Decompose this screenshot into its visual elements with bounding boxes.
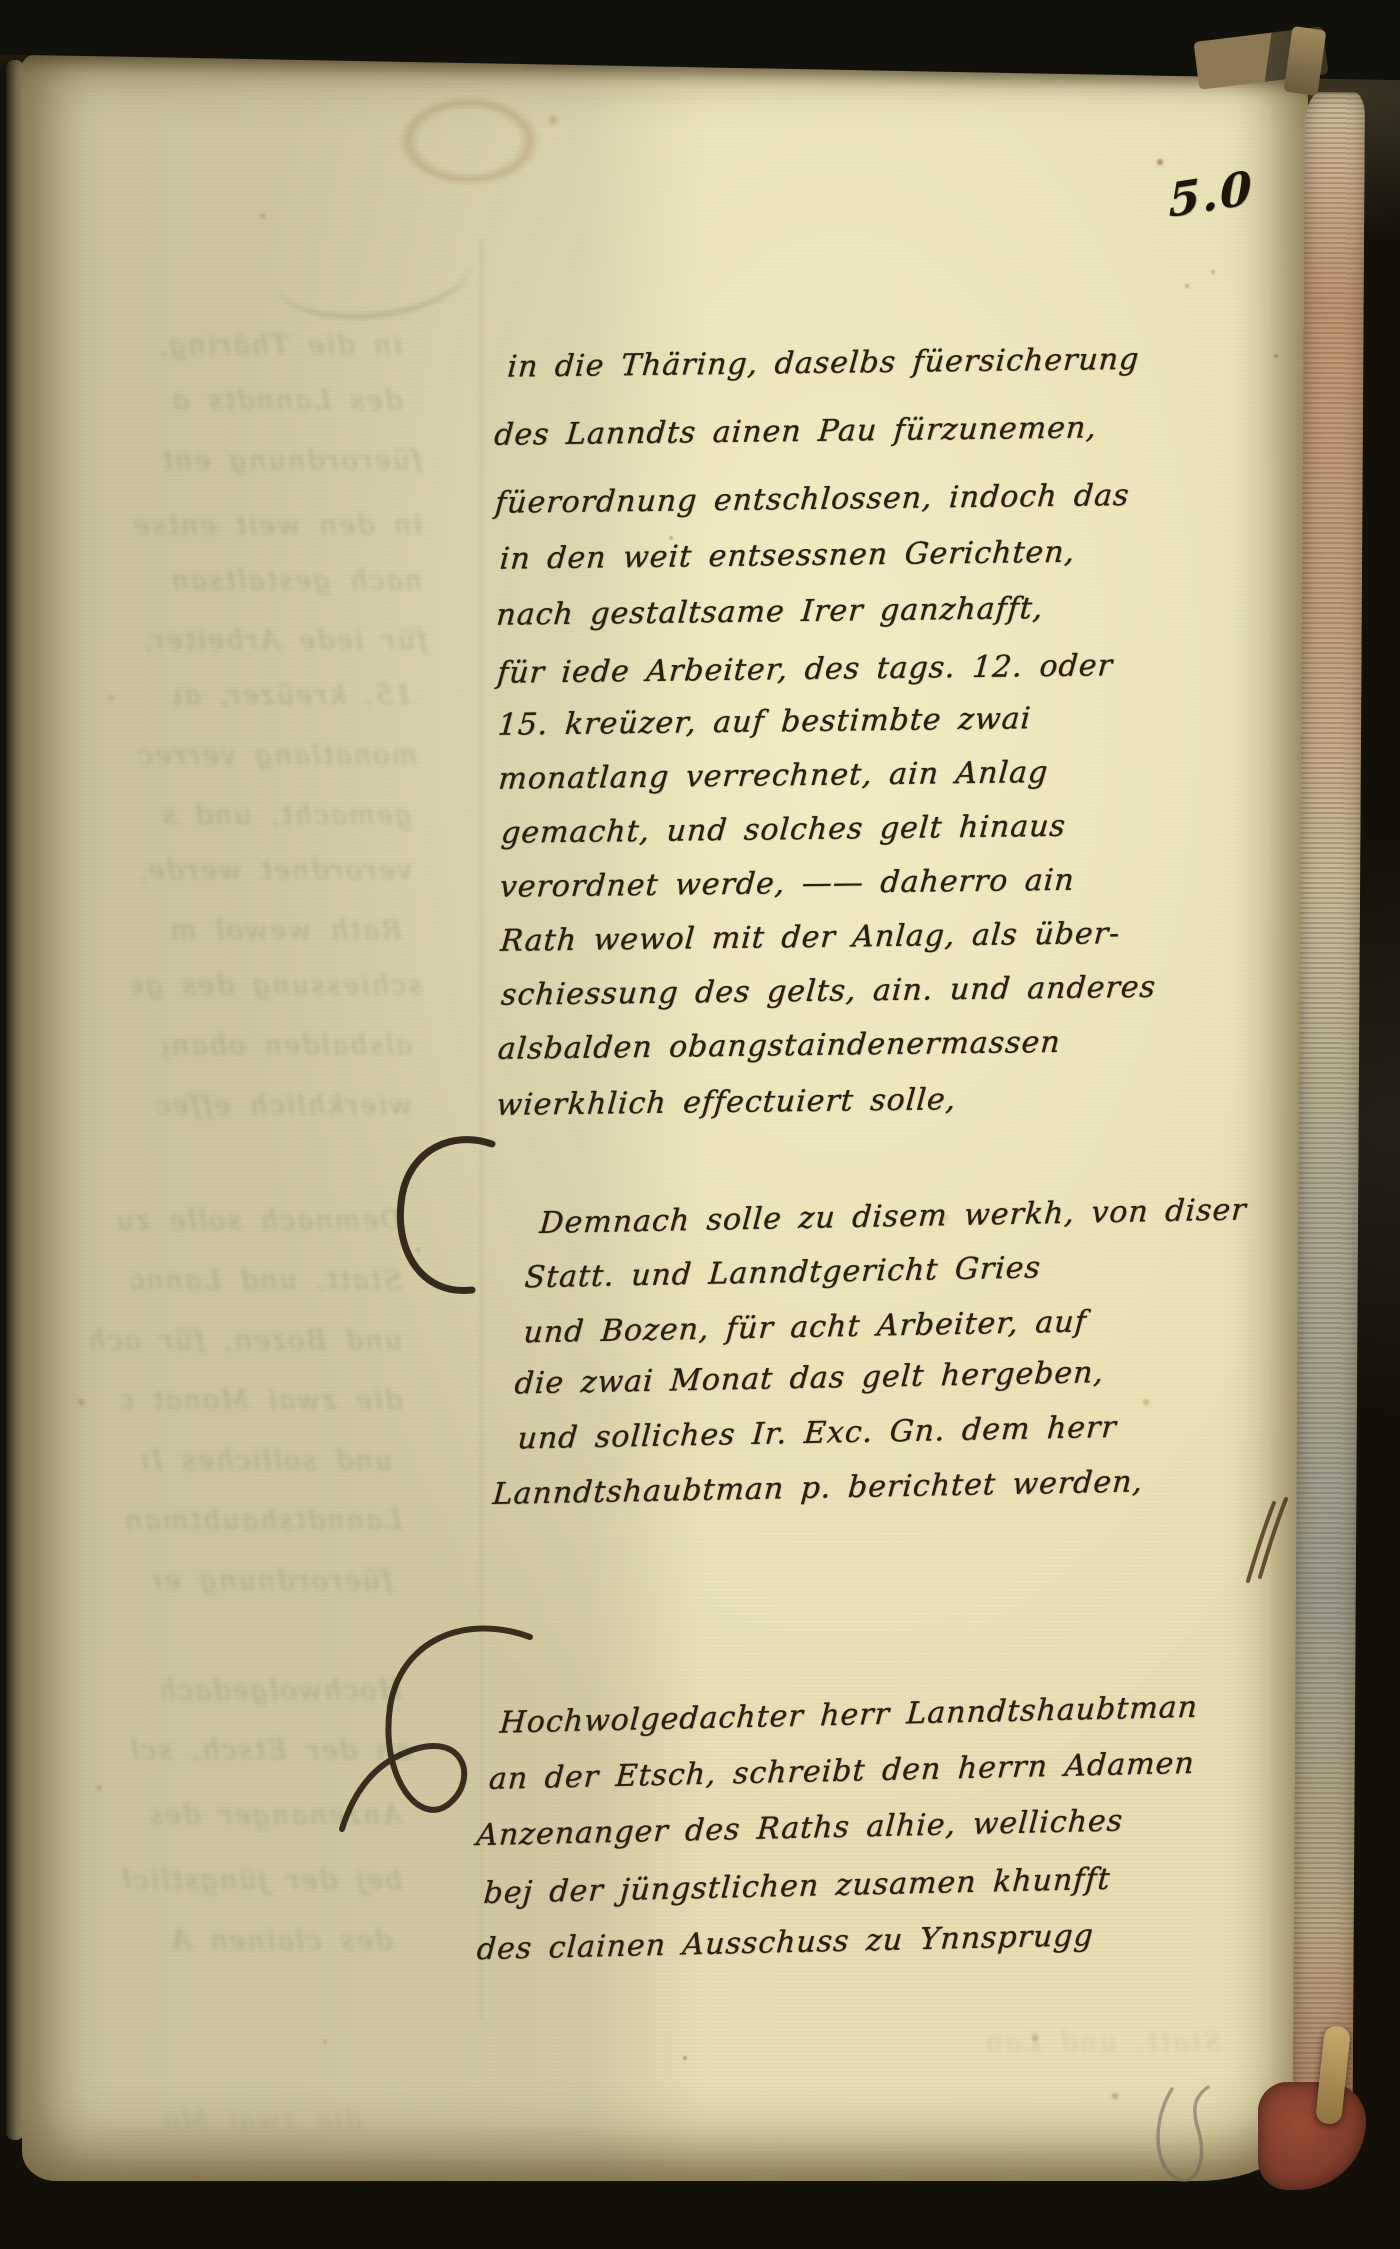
text-line: Lanndtshaubtman p. berichtet werden,: [492, 1464, 1145, 1512]
text-line: Anzenanger des Raths alhie, welliches: [475, 1803, 1124, 1853]
bleed-through-line: gemacht, und solches gelt hinaus: [162, 800, 412, 831]
bleed-through-line: Lanndtshaubtman p. berichtet werden,: [112, 1505, 402, 1536]
bleed-through-line: die zwai Monat das gelt hergeben,: [122, 1385, 402, 1416]
bleed-through-line: monatlang verrechnet, ain Anlag: [137, 740, 417, 771]
text-line: des Lanndts ainen Pau fürzunemen,: [493, 410, 1098, 452]
text-line: bej der jüngstlichen zusamen khunfft: [483, 1862, 1112, 1911]
text-line: verordnet werde, —— daherro ain: [499, 863, 1076, 905]
text-line: und Bozen, für acht Arbeiter, auf: [522, 1304, 1087, 1350]
bleed-through-line: Statt. und Lanndtgericht Gries: [132, 1265, 402, 1296]
bleed-through-line: Demnach solle zu disem werkh, von diser: [102, 1205, 402, 1236]
paragraph-3: Hochwolgedachter herr Lanndtshaubtman an…: [487, 1658, 1274, 1976]
bleed-through-line: füerordnung entschlossen, indoch das: [152, 1565, 392, 1596]
manuscript-page: in die Thäring, daselbs füersicherung de…: [22, 55, 1308, 2181]
bleed-through-line: schiessung des gelts, ain. und anderes: [132, 970, 422, 1001]
text-line: für iede Arbeiter, des tags. 12. oder: [496, 648, 1114, 691]
bleed-through-flourish: [268, 213, 477, 328]
pencil-mark: [1150, 2081, 1240, 2193]
bleed-through-line: nach gestaltsame Irer ganzhafft,: [172, 565, 422, 596]
foxing-spots: [22, 55, 24, 57]
text-line: Demnach solle zu disem werkh, von diser: [538, 1192, 1247, 1241]
bleed-through-line: Statt. und Lanndtgericht Gries: [982, 2027, 1222, 2058]
bleed-through-line: 15. kreüzer, auf bestimbte zwai: [172, 680, 412, 711]
bleed-through-line: die zwai Monat das gelt hergeben,: [162, 2105, 362, 2136]
text-line: schiessung des gelts, ain. und anderes: [500, 970, 1158, 1013]
bleed-through-line: füerordnung entschlossen, indoch das: [162, 445, 422, 476]
book-fore-edge: [1292, 92, 1365, 2174]
bleed-through-line: wierkhlich effectuiert solle,: [152, 1090, 412, 1121]
initial-flourish-d: [388, 1130, 518, 1325]
text-line: an der Etsch, schreibt den herrn Adamen: [488, 1746, 1196, 1797]
stain: [374, 81, 564, 201]
initial-flourish-h: [334, 1607, 554, 1867]
text-line: gemacht, und solches gelt hinaus: [500, 809, 1067, 851]
photo-background: in die Thäring, daselbs füersicherung de…: [0, 0, 1400, 2249]
text-line: nach gestaltsame Irer ganzhafft,: [495, 591, 1044, 633]
text-line: monatlang verrechnet, ain Anlag: [497, 755, 1049, 797]
bleed-through-line: in den weit entsessnen Gerichten,: [132, 510, 422, 541]
bleed-through-line: des clainen Ausschuss zu Ynnsprugg: [172, 1925, 392, 1956]
paragraph-1: in die Thäring, daselbs füersicherung de…: [493, 330, 1283, 1139]
text-line: Statt. und Lanndtgericht Gries: [523, 1250, 1042, 1295]
text-line: Hochwolgedachter herr Lanndtshaubtman: [499, 1690, 1199, 1741]
text-line: füerordnung entschlossen, indoch das: [494, 478, 1131, 521]
bleed-through-line: für iede Arbeiter, des tags. 12. oder: [127, 625, 427, 656]
text-line: die zwai Monat das gelt hergeben,: [513, 1355, 1105, 1401]
bleed-through-line: und solliches Ir. Exc. Gn. dem herr: [142, 1445, 392, 1476]
text-line: und solliches Ir. Exc. Gn. dem herr: [516, 1410, 1117, 1457]
text-line: wierkhlich effectuiert solle,: [495, 1082, 957, 1123]
end-flourish: [1244, 1497, 1292, 1593]
text-line: Rath wewol mit der Anlag, als über-: [499, 916, 1121, 959]
folio-number: 5.0: [1168, 160, 1254, 228]
text-line: 15. kreüzer, auf bestimbte zwai: [497, 701, 1033, 743]
bleed-through-line: des Lanndts ainen Pau fürzunemen,: [172, 385, 402, 416]
fore-edge-red-corner: [1258, 2082, 1366, 2190]
text-line: in den weit entsessnen Gerichten,: [499, 535, 1077, 577]
bleed-through-line: alsbalden obangstaindenermassen: [162, 1030, 412, 1061]
text-line: des clainen Ausschuss zu Ynnsprugg: [476, 1918, 1095, 1967]
bleed-through-line: und Bozen, für acht Arbeiter, auf: [92, 1325, 402, 1356]
text-line: in die Thäring, daselbs füersicherung: [506, 342, 1140, 385]
paragraph-2: Demnach solle zu disem werkh, von diser …: [517, 1170, 1293, 1525]
bleed-through-line: Rath wewol mit der Anlag, als über-: [172, 915, 402, 946]
text-line: alsbalden obangstaindenermassen: [496, 1025, 1061, 1067]
bleed-through-line: bej der jüngstlichen zusamen khunfft: [122, 1865, 402, 1896]
bleed-through-line: verordnet werde, —— daherro ain: [142, 855, 412, 886]
bleed-through-line: in die Thäring, daselbs füersicherung: [142, 330, 402, 361]
